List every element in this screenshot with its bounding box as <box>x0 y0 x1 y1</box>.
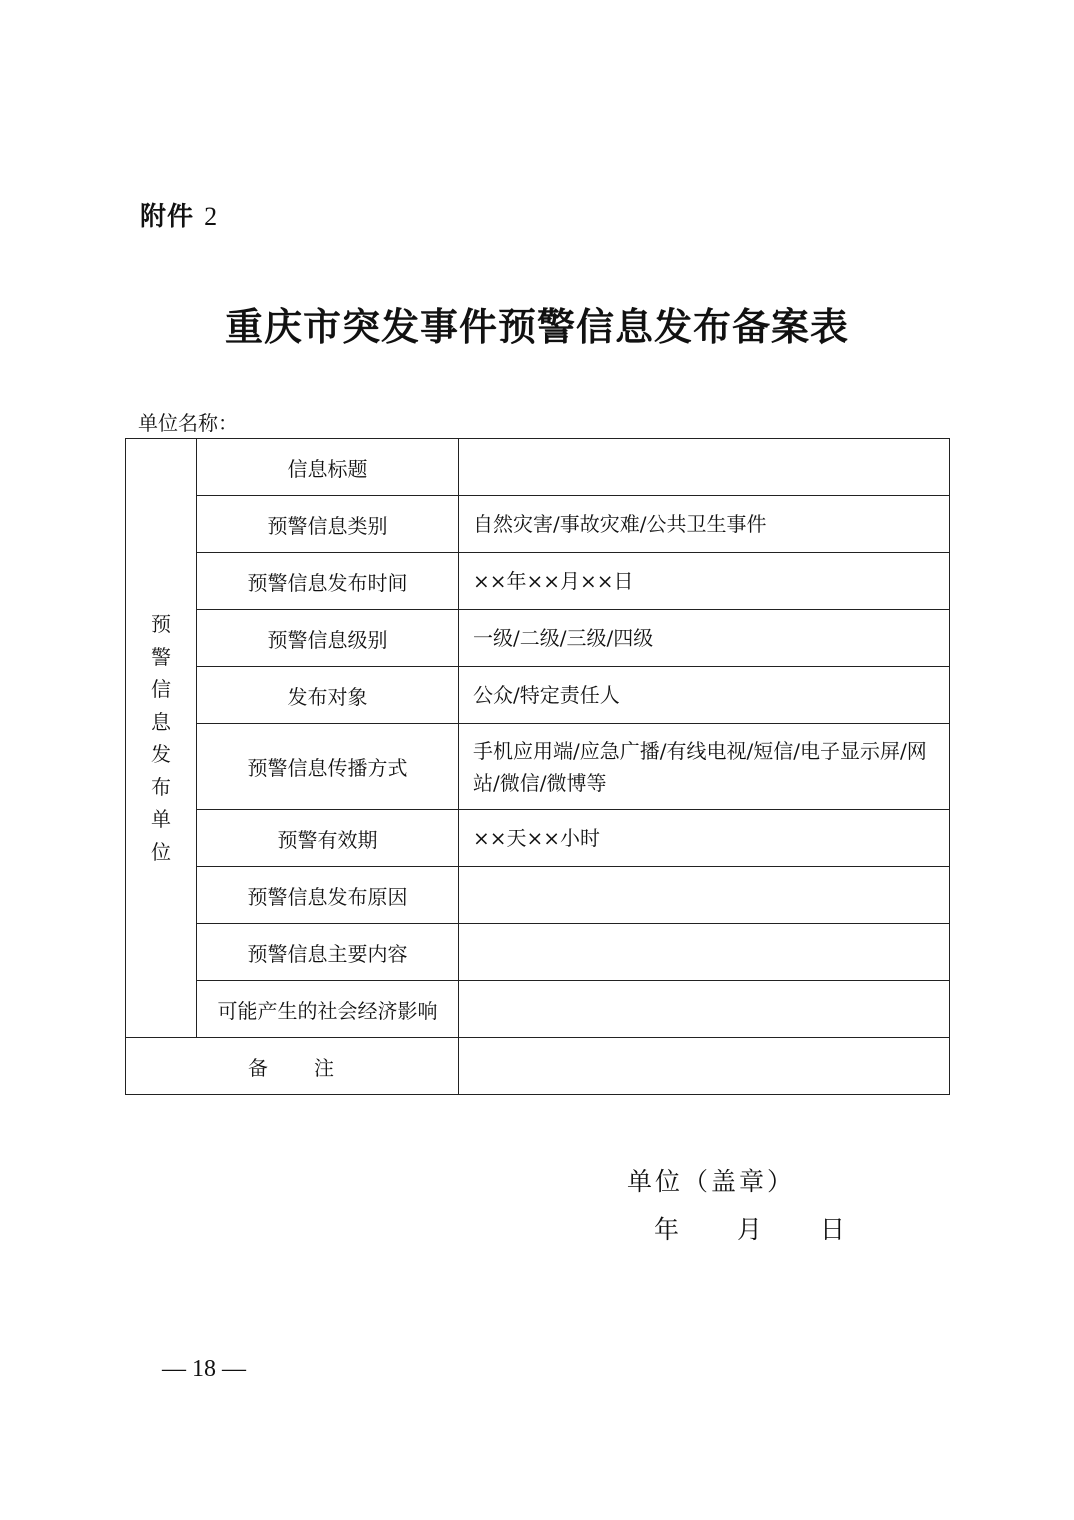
side-header-issuing-unit: 预 警 信 息 发 布 单 位 <box>126 439 197 1038</box>
row-label: 可能产生的社会经济影响 <box>197 981 459 1038</box>
row-label: 预警有效期 <box>197 810 459 867</box>
row-label: 预警信息发布时间 <box>197 553 459 610</box>
table-row: 预警信息发布时间 ××年××月××日 <box>126 553 950 610</box>
row-label: 发布对象 <box>197 667 459 724</box>
table-row-remarks: 备 注 <box>126 1038 950 1095</box>
audience-field[interactable]: 公众/特定责任人 <box>459 667 950 724</box>
remarks-field[interactable] <box>459 1038 950 1095</box>
row-label: 信息标题 <box>197 439 459 496</box>
table-row: 预 警 信 息 发 布 单 位 信息标题 <box>126 439 950 496</box>
attachment-number: 2 <box>204 202 218 231</box>
row-label: 预警信息主要内容 <box>197 924 459 981</box>
channels-field[interactable]: 手机应用端/应急广播/有线电视/短信/电子显示屏/网站/微信/微博等 <box>459 724 950 810</box>
table-row: 预警信息主要内容 <box>126 924 950 981</box>
info-title-field[interactable] <box>459 439 950 496</box>
category-field[interactable]: 自然灾害/事故灾难/公共卫生事件 <box>459 496 950 553</box>
reason-field[interactable] <box>459 867 950 924</box>
row-label: 预警信息发布原因 <box>197 867 459 924</box>
row-label: 预警信息级别 <box>197 610 459 667</box>
month-label: 月 <box>737 1210 762 1246</box>
attachment-label: 附件 2 <box>140 196 218 233</box>
filing-form-table: 预 警 信 息 发 布 单 位 信息标题 预警信息类别 自然灾害/事故灾难/公共… <box>125 438 950 1095</box>
level-field[interactable]: 一级/二级/三级/四级 <box>459 610 950 667</box>
side-char: 息 <box>151 710 171 734</box>
table-row: 可能产生的社会经济影响 <box>126 981 950 1038</box>
document-title: 重庆市突发事件预警信息发布备案表 <box>0 296 1074 351</box>
side-char: 警 <box>151 645 171 669</box>
page-number: — 18 — <box>162 1356 246 1383</box>
table-row: 预警信息级别 一级/二级/三级/四级 <box>126 610 950 667</box>
side-char: 布 <box>151 775 171 799</box>
attachment-text: 附件 <box>140 202 194 232</box>
side-char: 发 <box>151 742 171 766</box>
side-char: 位 <box>151 840 171 864</box>
side-char: 预 <box>151 612 171 636</box>
validity-field[interactable]: ××天××小时 <box>459 810 950 867</box>
table-row: 发布对象 公众/特定责任人 <box>126 667 950 724</box>
impact-field[interactable] <box>459 981 950 1038</box>
content-field[interactable] <box>459 924 950 981</box>
table-row: 预警信息传播方式 手机应用端/应急广播/有线电视/短信/电子显示屏/网站/微信/… <box>126 724 950 810</box>
remarks-label: 备 注 <box>126 1038 459 1095</box>
table-row: 预警信息类别 自然灾害/事故灾难/公共卫生事件 <box>126 496 950 553</box>
side-char: 单 <box>151 807 171 831</box>
table-row: 预警有效期 ××天××小时 <box>126 810 950 867</box>
unit-name-label: 单位名称： <box>138 407 238 436</box>
day-label: 日 <box>820 1210 845 1246</box>
publish-time-field[interactable]: ××年××月××日 <box>459 553 950 610</box>
date-line: 年 月 日 <box>654 1210 895 1246</box>
table-row: 预警信息发布原因 <box>126 867 950 924</box>
year-label: 年 <box>654 1210 679 1246</box>
side-char: 信 <box>151 677 171 701</box>
row-label: 预警信息传播方式 <box>197 724 459 810</box>
seal-label: 单位（盖章） <box>627 1162 795 1198</box>
row-label: 预警信息类别 <box>197 496 459 553</box>
